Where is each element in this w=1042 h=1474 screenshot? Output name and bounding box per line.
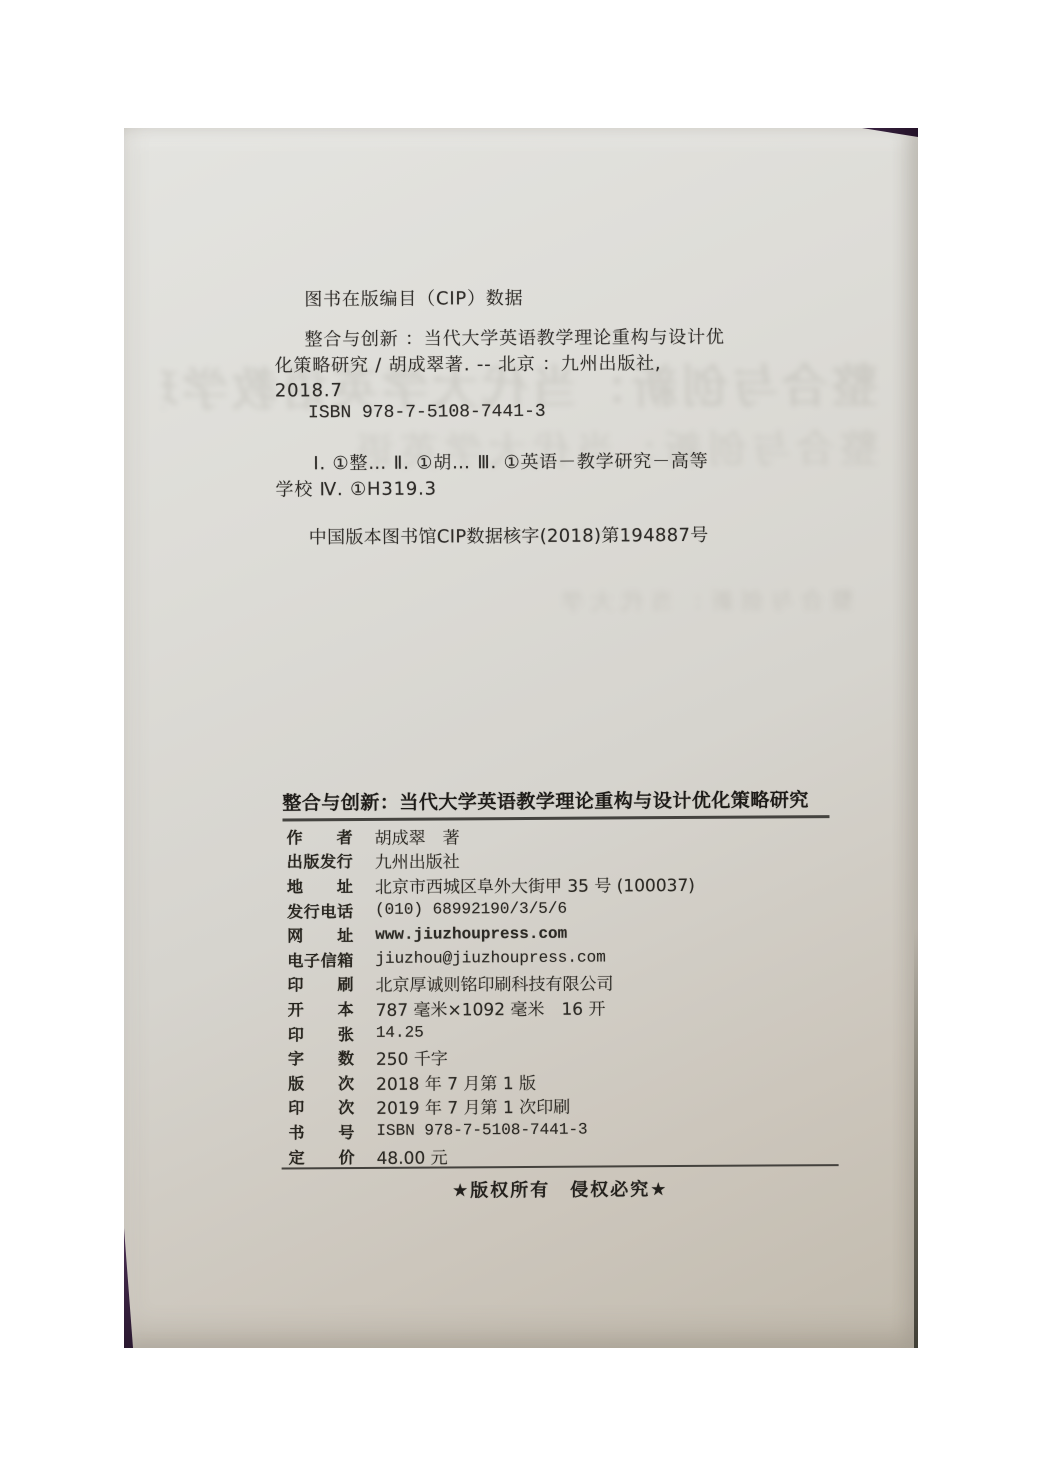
row-label: 印张 [288, 1022, 354, 1045]
table-row-website: 网址 www.jiuzhoupress.com [287, 919, 847, 947]
row-value: 北京厚诚则铭印刷科技有限公司 [375, 970, 613, 996]
table-row-phone: 发行电话 (010) 68992190/3/5/6 [287, 895, 847, 923]
table-row-isbn: 书号 ISBN 978-7-5108-7441-3 [288, 1116, 848, 1144]
book-page-photo: 整合与创新：当代大学英语教学理论重构与设计优化策略研究 整合与创新：当代大学英语… [124, 128, 918, 1348]
row-value: ISBN 978-7-5108-7441-3 [376, 1121, 587, 1140]
row-label: 版次 [288, 1071, 354, 1094]
row-label: 出版发行 [287, 849, 353, 872]
table-row-publisher: 出版发行 九州出版社 [287, 846, 847, 874]
table-row-sheets: 印张 14.25 [288, 1018, 848, 1046]
title-rule [282, 815, 829, 821]
table-row-wordcount: 字数 250 千字 [288, 1042, 848, 1070]
row-value: 胡成翠 著 [375, 823, 460, 849]
row-value: 九州出版社 [375, 848, 460, 874]
row-value: (010) 68992190/3/5/6 [375, 900, 567, 919]
row-value: 14.25 [376, 1024, 424, 1042]
page-content: 整合与创新：当代大学英语教学理论重构与设计优化策略研究 整合与创新：当代大学英语… [124, 128, 918, 1348]
row-label: 字数 [288, 1046, 354, 1069]
table-row-edition: 版次 2018 年 7 月第 1 版 [288, 1067, 848, 1095]
row-label: 网址 [287, 923, 353, 946]
cip-classification-line-2: 学校 Ⅳ. ①H319.3 [275, 474, 795, 503]
row-label: 印次 [288, 1095, 354, 1118]
cip-entry-line-1: 整合与创新 ：当代大学英语教学理论重构与设计优 [274, 324, 774, 353]
table-row-address: 地址 北京市西城区阜外大街甲 35 号 (100037) [287, 870, 847, 898]
row-label: 电子信箱 [287, 948, 353, 971]
row-value: 北京市西城区阜外大街甲 35 号 (100037) [375, 871, 695, 898]
cip-isbn: ISBN 978-7-5108-7441-3 [308, 402, 546, 423]
cip-entry-line-3: 2018.7 [275, 375, 775, 404]
row-value: 250 千字 [376, 1045, 448, 1070]
row-label: 定价 [288, 1145, 354, 1168]
cip-entry: 整合与创新 ：当代大学英语教学理论重构与设计优 化策略研究 / 胡成翠著. --… [274, 324, 774, 404]
row-label: 书号 [288, 1120, 354, 1143]
row-label: 印刷 [287, 972, 353, 995]
table-row-author: 作者 胡成翠 著 [287, 821, 847, 849]
colophon-title: 整合与创新：当代大学英语教学理论重构与设计优化策略研究 [282, 785, 809, 815]
table-row-email: 电子信箱 jiuzhou@jiuzhoupress.com [287, 944, 847, 972]
row-label: 地址 [287, 874, 353, 897]
row-value: 2018 年 7 月第 1 版 [376, 1069, 536, 1095]
row-value: 787 毫米×1092 毫米 16 开 [376, 994, 606, 1020]
table-row-format: 开本 787 毫米×1092 毫米 16 开 [288, 993, 848, 1021]
cip-classification: Ⅰ. ①整… Ⅱ. ①胡… Ⅲ. ①英语－教学研究－高等 学校 Ⅳ. ①H319… [275, 448, 795, 502]
row-label: 发行电话 [287, 899, 353, 922]
row-value: 48.00 元 [376, 1143, 447, 1168]
copyright-notice: ★版权所有 侵权必究★ [282, 1174, 839, 1203]
page-edge-shadow [914, 928, 918, 1348]
cip-classification-line-1: Ⅰ. ①整… Ⅱ. ①胡… Ⅲ. ①英语－教学研究－高等 [275, 448, 795, 477]
colophon-table: 作者 胡成翠 著 出版发行 九州出版社 地址 北京市西城区阜外大街甲 35 号 … [287, 821, 849, 1169]
row-value: jiuzhou@jiuzhoupress.com [375, 949, 606, 968]
table-row-impression: 印次 2019 年 7 月第 1 次印刷 [288, 1092, 848, 1120]
table-row-printer: 印刷 北京厚诚则铭印刷科技有限公司 [287, 969, 847, 997]
cip-header: 图书在版编目（CIP）数据 [304, 284, 523, 311]
cip-entry-line-2: 化策略研究 / 胡成翠著. -- 北京 ：九州出版社, [275, 350, 775, 379]
row-label: 作者 [287, 825, 353, 848]
row-value: www.jiuzhoupress.com [375, 924, 567, 943]
row-label: 开本 [288, 997, 354, 1020]
row-value: 2019 年 7 月第 1 次印刷 [376, 1093, 570, 1119]
show-through-text: 整合与创新：当代大学英语教学理论重构与设计优化策略研究 [553, 584, 853, 617]
cip-record-number: 中国版本图书馆CIP数据核字(2018)第194887号 [309, 521, 709, 549]
